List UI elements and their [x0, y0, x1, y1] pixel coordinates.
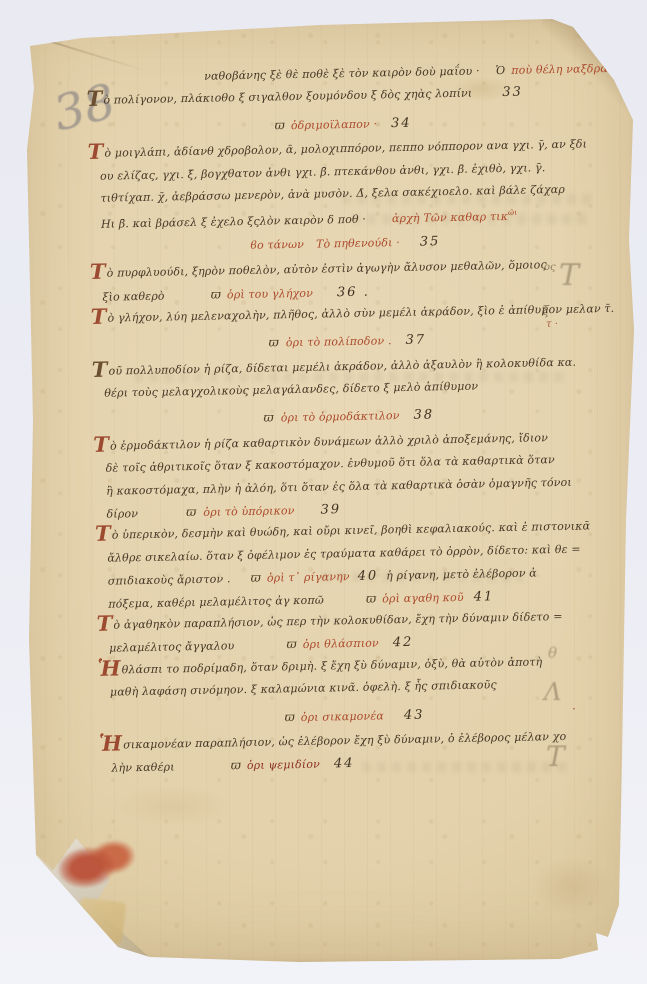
ink-show-through-glyph: T [546, 740, 565, 773]
paragraph-mark: ϖ [286, 633, 297, 656]
ink-show-through-glyph: T [559, 258, 579, 293]
paragraph-mark: ϖ [186, 501, 197, 524]
red-wax-stain [53, 833, 140, 898]
ink-show-through-glyph: ος [544, 262, 556, 273]
scan-background: { "meta": { "description_colors": { "pap… [0, 0, 647, 984]
chapter-number: 35 [420, 231, 441, 254]
ink-show-through-glyph: · [572, 702, 576, 716]
body-text: ξὶο καθερὸ [102, 285, 165, 309]
rubric-text: ῶι [508, 202, 518, 225]
ink-show-through-glyph: Λ [544, 678, 561, 706]
chapter-number: 42 [393, 632, 414, 655]
chapter-number: 38 [413, 405, 434, 428]
manuscript-page: 38 ναθοβάνης ξὲ θὲ ποθὲ ξὲ τὸν καιρὸν δο… [22, 16, 638, 964]
paragraph-mark: ϖ [268, 332, 279, 355]
paragraph-mark: ϖ [250, 567, 261, 590]
ink-show-through-glyph: τ · [546, 319, 558, 330]
chapter-number: 37 [405, 330, 426, 353]
rubric-text: ὁρι τὸ ὁρμοδάκτιλον [281, 406, 400, 431]
paragraph-mark: ϖ [210, 283, 221, 306]
chapter-number: 33 [502, 82, 523, 105]
rubric-text: ὁρι σικαμονέα [301, 705, 385, 729]
rubric-text: ὁρι θλάσπιον [303, 633, 380, 657]
rubric-text: ποὺ θέλη ναξδράση [511, 58, 622, 83]
tape-repair-patch [76, 897, 127, 944]
paragraph-mark: ϖ [274, 114, 285, 137]
chapter-number: 40 [357, 566, 378, 589]
rubric-text: ὁρι τὸ ὑπόρικον [203, 500, 295, 524]
ink-show-through-glyph: θ [548, 644, 557, 662]
rubric-text: ἀρχὴ Τῶν καθαρ τικ [392, 206, 509, 231]
text-block: ναθοβάνης ξὲ θὲ ποθὲ ξὲ τὸν καιρὸν δοὺ μ… [86, 58, 612, 779]
body-text: Ηι β̄. καὶ βράσελ ξ ἐχελο ξςλὸν καιρὸν δ… [101, 209, 366, 236]
rubric-text: ὁρι ψεμιδίον [247, 754, 320, 778]
rubric-text: ὁρὶ του γλήχον [227, 282, 313, 306]
body-text: σπιδιακοὺς ἄριστον . [108, 569, 231, 594]
chapter-number: 39 [320, 499, 341, 522]
paragraph-mark: ϖ [366, 587, 377, 610]
paragraph-mark: ϖ [230, 754, 241, 777]
paragraph-mark: ϖ [284, 706, 295, 729]
rubric-text: Τὸ πηθενούδι · [316, 232, 400, 256]
chapter-number: 34 [391, 113, 412, 136]
body-text: δίρον [106, 503, 138, 526]
chapter-number: 43 [404, 704, 425, 727]
paragraph-mark: ϖ [263, 407, 274, 430]
chapter-number: 44 [334, 753, 355, 776]
rubric-text: ὁρι τὸ πολίποδον . [286, 330, 392, 354]
body-text: ἡ ρίγανη, μετὸ ἐλέβορον ἀ [386, 563, 537, 588]
chapter-number: 36 . [337, 281, 370, 304]
rubric-text: ὁρὶ αγαθη κοῦ [382, 586, 464, 610]
ink-show-through-glyph: ξ [542, 304, 549, 319]
chapter-number: 41 [474, 586, 495, 609]
foxing-stain [532, 856, 612, 916]
rubric-text: ὁδριμοϊλαπον · [291, 113, 378, 137]
rubric-text: ϐο τάνων [250, 234, 304, 257]
foxing-stain [112, 786, 232, 826]
rubric-text: ὁρὶ τ᾿ ρίγανην [267, 566, 350, 590]
body-text: Ὁ [495, 60, 505, 83]
body-text: λὴν καθέρι [111, 757, 175, 781]
